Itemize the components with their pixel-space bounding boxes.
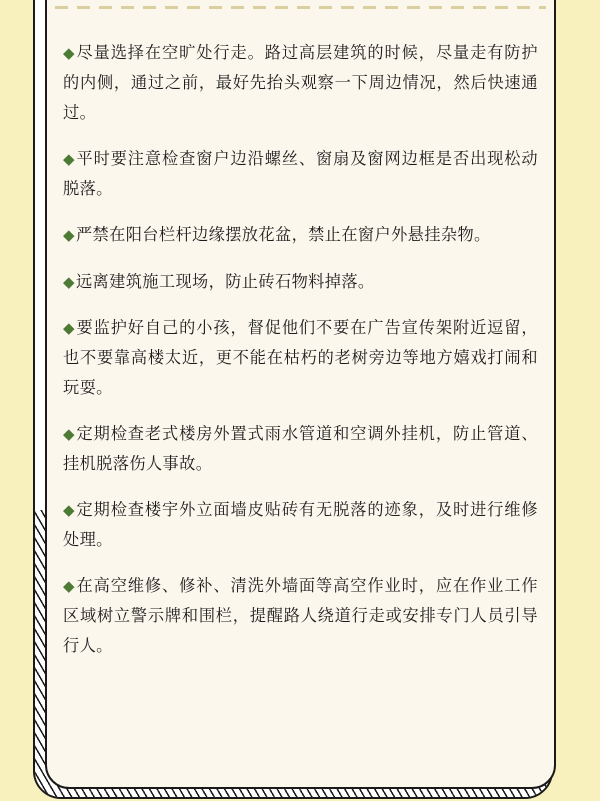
diamond-bullet-icon: ◆ <box>63 226 75 244</box>
diamond-bullet-icon: ◆ <box>63 273 75 291</box>
tip-text: 严禁在阳台栏杆边缘摆放花盆，禁止在窗户外悬挂杂物。 <box>76 225 491 244</box>
list-item: ◆严禁在阳台栏杆边缘摆放花盆，禁止在窗户外悬挂杂物。 <box>63 220 538 250</box>
list-item: ◆平时要注意检查窗户边沿螺丝、窗扇及窗网边框是否出现松动脱落。 <box>63 144 538 204</box>
diamond-bullet-icon: ◆ <box>63 150 75 168</box>
tip-text: 定期检查老式楼房外置式雨水管道和空调外挂机，防止管道、挂机脱落伤人事故。 <box>63 424 538 473</box>
tip-text: 要监护好自己的小孩，督促他们不要在广告宣传架附近逗留，也不要靠高楼太近，更不能在… <box>63 318 538 397</box>
list-item: ◆定期检查楼宇外立面墙皮贴砖有无脱落的迹象，及时进行维修处理。 <box>63 495 538 555</box>
tip-text: 在高空维修、修补、清洗外墙面等高空作业时，应在作业工作区域树立警示牌和围栏，提醒… <box>63 576 538 655</box>
diamond-bullet-icon: ◆ <box>63 577 75 595</box>
tip-text: 远离建筑施工现场，防止砖石物料掉落。 <box>76 272 375 291</box>
diamond-bullet-icon: ◆ <box>63 44 75 62</box>
tip-text: 平时要注意检查窗户边沿螺丝、窗扇及窗网边框是否出现松动脱落。 <box>63 149 538 198</box>
diamond-bullet-icon: ◆ <box>63 319 75 337</box>
list-item: ◆在高空维修、修补、清洗外墙面等高空作业时，应在作业工作区域树立警示牌和围栏，提… <box>63 571 538 661</box>
safety-tips-card: ◆尽量选择在空旷处行走。路过高层建筑的时候，尽量走有防护的内侧，通过之前，最好先… <box>45 0 556 789</box>
dashed-divider <box>55 6 546 9</box>
diamond-bullet-icon: ◆ <box>63 425 75 443</box>
tip-text: 尽量选择在空旷处行走。路过高层建筑的时候，尽量走有防护的内侧，通过之前，最好先抬… <box>63 43 538 122</box>
safety-tips-list: ◆尽量选择在空旷处行走。路过高层建筑的时候，尽量走有防护的内侧，通过之前，最好先… <box>63 38 538 675</box>
diamond-bullet-icon: ◆ <box>63 501 75 519</box>
list-item: ◆尽量选择在空旷处行走。路过高层建筑的时候，尽量走有防护的内侧，通过之前，最好先… <box>63 38 538 128</box>
list-item: ◆要监护好自己的小孩，督促他们不要在广告宣传架附近逗留，也不要靠高楼太近，更不能… <box>63 313 538 403</box>
list-item: ◆远离建筑施工现场，防止砖石物料掉落。 <box>63 267 538 297</box>
list-item: ◆定期检查老式楼房外置式雨水管道和空调外挂机，防止管道、挂机脱落伤人事故。 <box>63 419 538 479</box>
tip-text: 定期检查楼宇外立面墙皮贴砖有无脱落的迹象，及时进行维修处理。 <box>63 500 538 549</box>
